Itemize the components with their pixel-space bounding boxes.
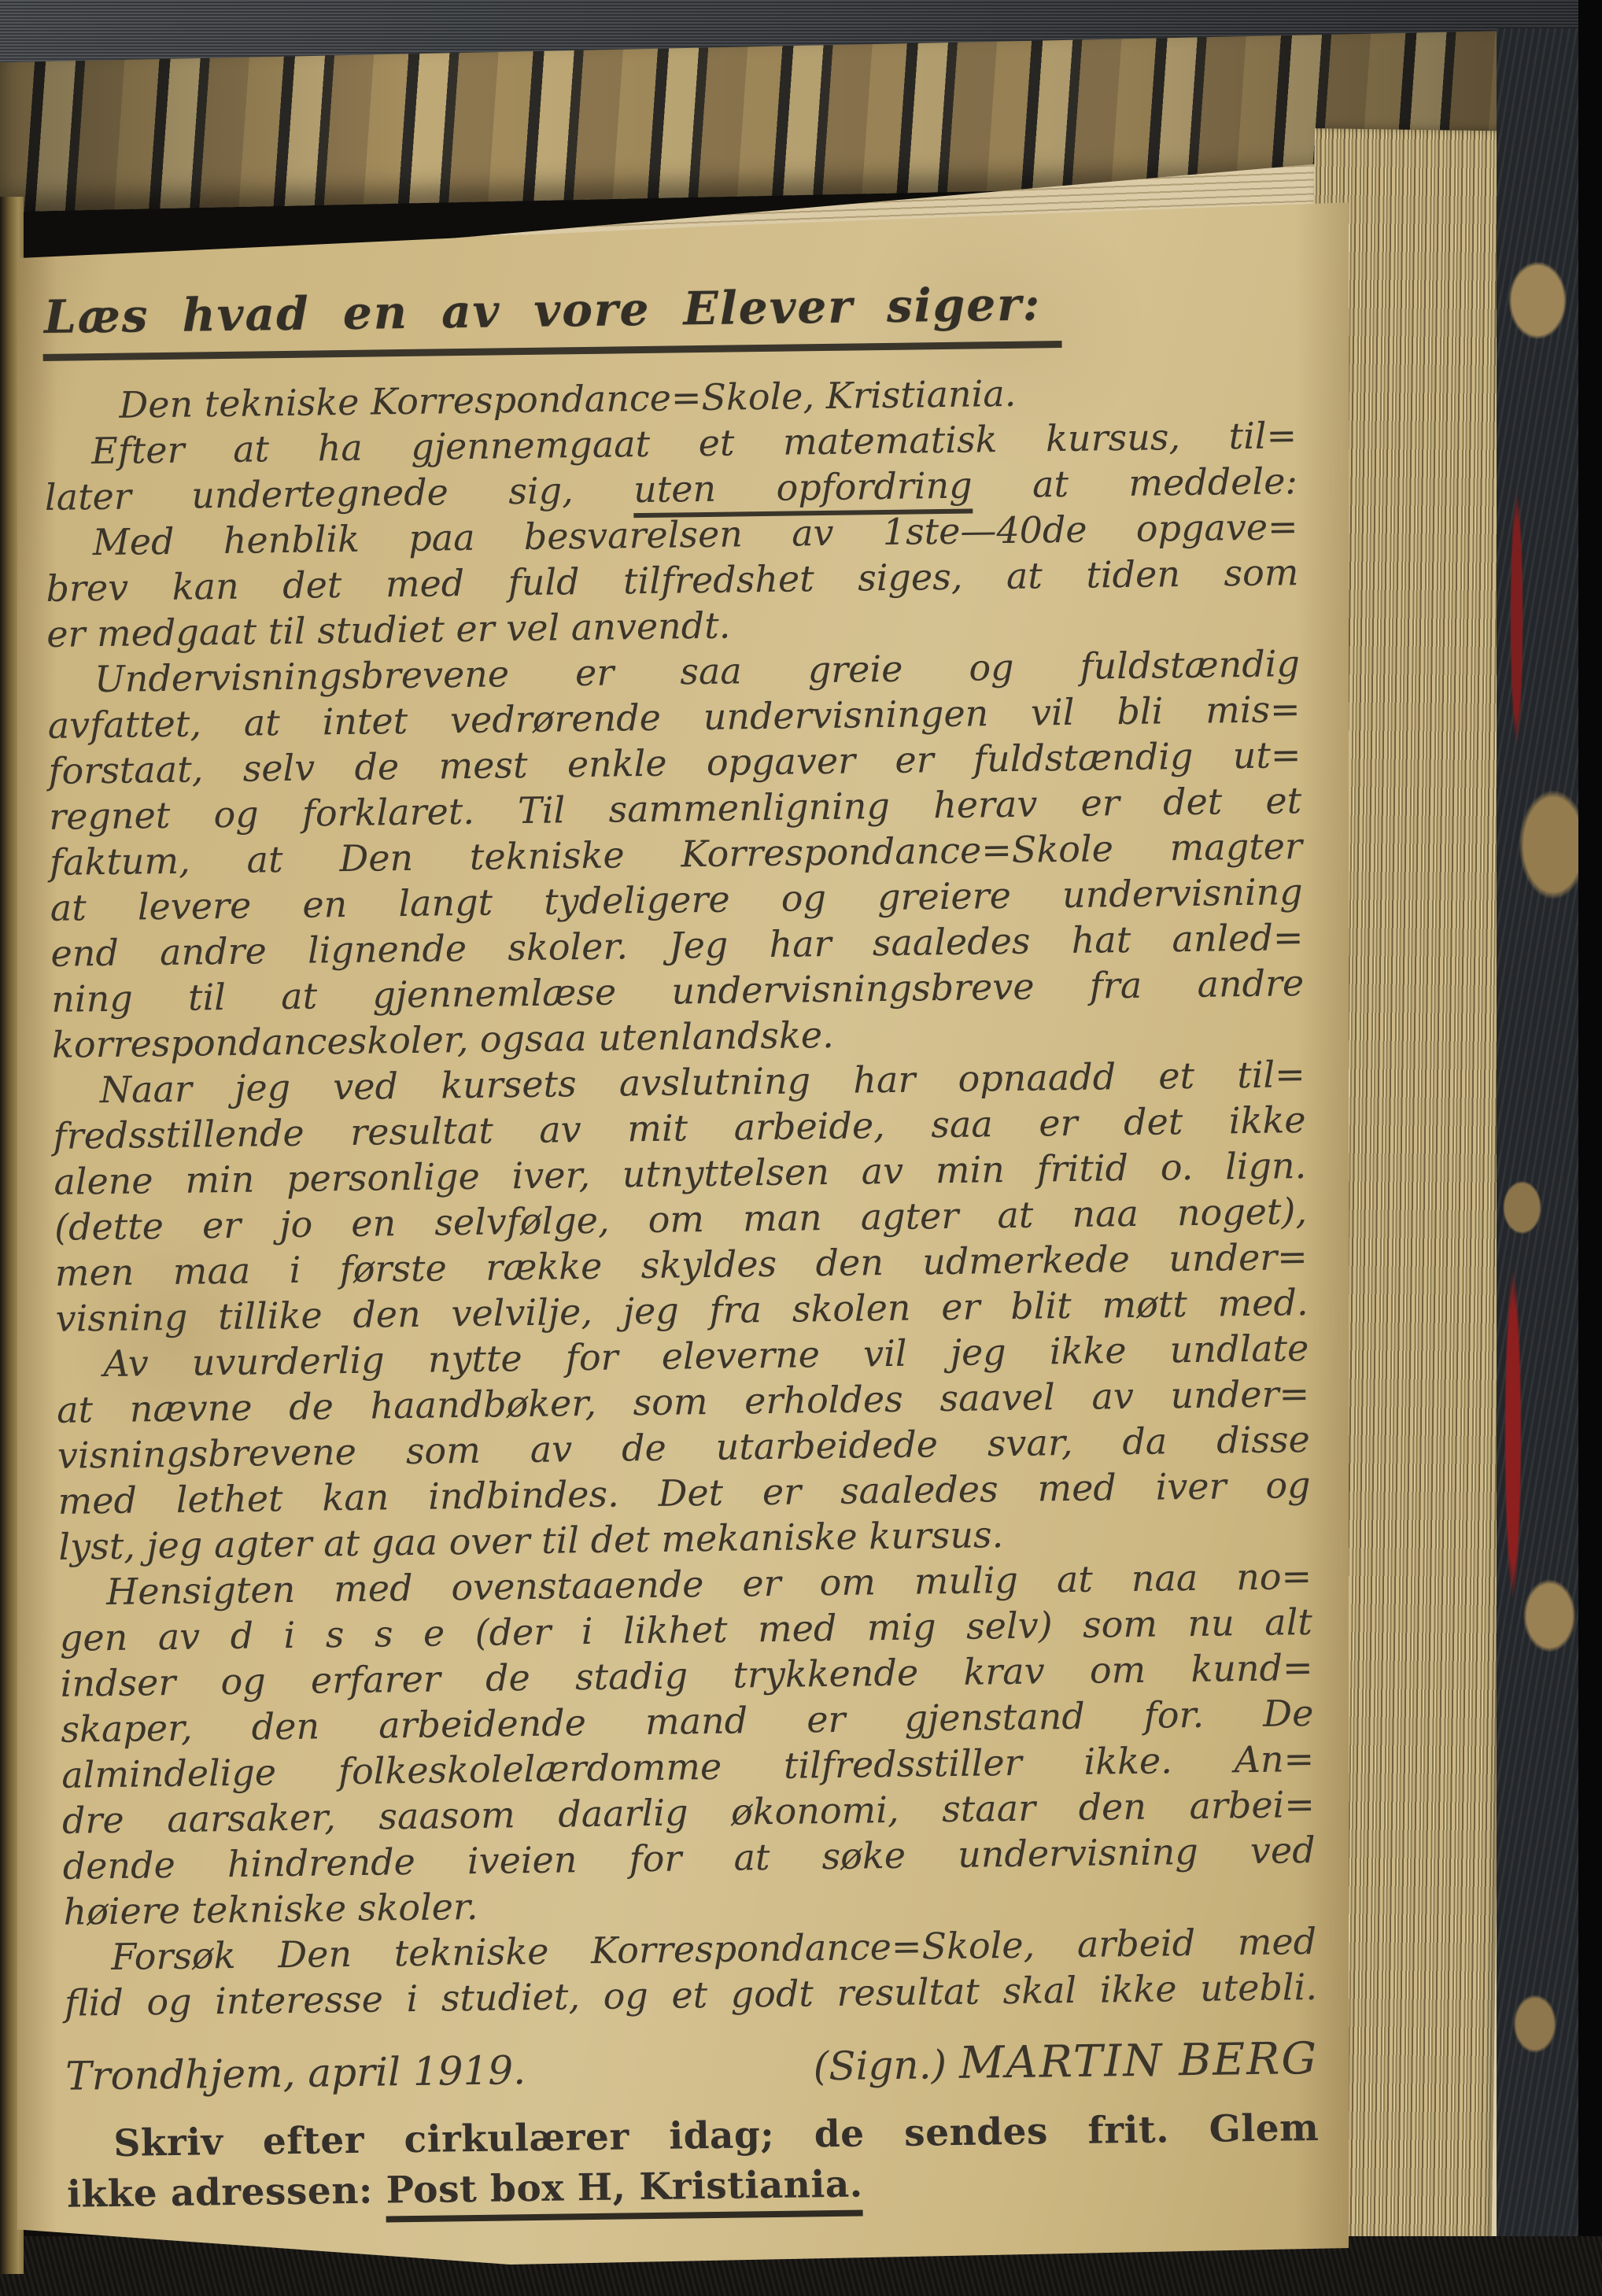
page-heading: Læs hvad en av vore Elever siger: [42, 278, 1062, 361]
signature-row: Trondhjem, april 1919. (Sign.) MARTIN BE… [65, 2036, 1319, 2099]
signature-place-date: Trondhjem, april 1919. [65, 2047, 526, 2099]
line-segment: ikke adressen: [67, 2169, 386, 2216]
signature: (Sign.) MARTIN BERG [813, 2036, 1318, 2089]
line-segment: at meddele: [972, 460, 1297, 506]
background-right [1578, 0, 1602, 2296]
marbled-cover-right [1497, 28, 1588, 2296]
footer-call-to-action: Skriv efter cirkulærer idag; de sendes f… [66, 2103, 1320, 2220]
book-photo: Læs hvad en av vore Elever siger: Den te… [0, 0, 1602, 2296]
line-segment: later undertegnede sig, [45, 468, 634, 519]
signature-label: (Sign.) [813, 2042, 947, 2089]
page-text-block: Læs hvad en av vore Elever siger: Den te… [41, 182, 1320, 2220]
signature-name: MARTIN BERG [959, 2033, 1319, 2089]
underlined-address: Post box H, Kristiania. [386, 2163, 863, 2223]
book-page: Læs hvad en av vore Elever siger: Den te… [17, 198, 1349, 2265]
heading-wrap: Læs hvad en av vore Elever siger: [42, 275, 1296, 383]
